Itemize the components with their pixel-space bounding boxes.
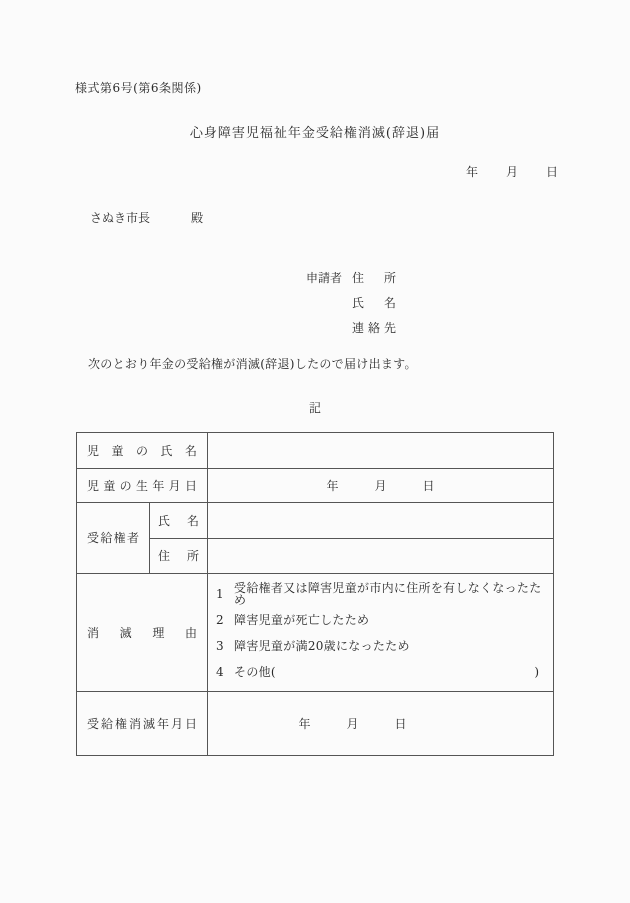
form-table: 児童の氏名 児童の生年月日 年 月 日 受給権者 氏名: [76, 432, 554, 756]
child-birthdate-label-cell: 児童の生年月日: [77, 469, 208, 503]
table-row: 受給権者 氏名: [77, 503, 554, 539]
recipient-label: 受給権者: [77, 532, 149, 544]
reason-list: 1 受給権者又は障害児童が市内に住所を有しなくなったため 2 障害児童が死亡した…: [208, 581, 553, 685]
child-birthdate-label: 児童の生年月日: [77, 480, 207, 492]
table-row: 消滅理由 1 受給権者又は障害児童が市内に住所を有しなくなったため 2 障害児童…: [77, 574, 554, 692]
extinction-date-label-cell: 受給権消滅年月日: [77, 692, 208, 756]
reason-label-cell: 消滅理由: [77, 574, 208, 692]
recipient-name-value-cell: [208, 503, 554, 539]
child-birthdate-date: 年 月 日: [208, 480, 553, 492]
table-row: 受給権消滅年月日 年 月 日: [77, 692, 554, 756]
recipient-name-label: 氏名: [150, 515, 207, 527]
document-page: 様式第6号(第6条関係) 心身障害児福祉年金受給権消滅(辞退)届 年 月 日 さ…: [0, 0, 630, 903]
extinction-date-label: 受給権消滅年月日: [77, 718, 207, 730]
child-name-label: 児童の氏名: [77, 445, 207, 457]
recipient-address-label-cell: 住所: [150, 539, 208, 574]
applicant-block: 申請者 住所 氏名 連絡先: [306, 272, 396, 347]
form-number: 様式第6号(第6条関係): [75, 82, 202, 94]
extinction-date: 年 月 日: [208, 718, 553, 730]
applicant-address-label: 住所: [352, 272, 396, 284]
header-date-month: 月: [506, 166, 518, 178]
addressee-name: さぬき市長: [90, 212, 150, 224]
page-title: 心身障害児福祉年金受給権消滅(辞退)届: [0, 127, 630, 140]
recipient-label-cell: 受給権者: [77, 503, 150, 574]
applicant-address-row: 申請者 住所: [306, 272, 396, 284]
reason-item-4-close-paren: ): [534, 666, 553, 678]
child-name-value-cell: [208, 433, 554, 469]
statement-text: 次のとおり年金の受給権が消滅(辞退)したので届け出ます。: [88, 358, 417, 370]
recipient-name-label-cell: 氏名: [150, 503, 208, 539]
addressee-line: さぬき市長 殿: [90, 212, 203, 224]
applicant-name-row: 氏名: [306, 297, 396, 309]
table-row: 児童の生年月日 年 月 日: [77, 469, 554, 503]
recipient-address-value-cell: [208, 539, 554, 574]
header-date-day: 日: [546, 166, 558, 178]
applicant-label: 申請者: [306, 272, 352, 284]
reason-item-4: 4 その他( ): [216, 659, 553, 685]
applicant-contact-label: 連絡先: [352, 322, 396, 334]
recipient-address-label: 住所: [150, 550, 207, 562]
applicant-contact-row: 連絡先: [306, 322, 396, 334]
header-date-year: 年: [466, 166, 478, 178]
reason-item-3: 3 障害児童が満20歳になったため: [216, 633, 553, 659]
reason-item-1: 1 受給権者又は障害児童が市内に住所を有しなくなったため: [216, 581, 553, 607]
header-date: 年 月 日: [466, 166, 558, 178]
table-row: 児童の氏名: [77, 433, 554, 469]
reason-item-2: 2 障害児童が死亡したため: [216, 607, 553, 633]
reason-value-cell: 1 受給権者又は障害児童が市内に住所を有しなくなったため 2 障害児童が死亡した…: [208, 574, 554, 692]
extinction-date-value-cell: 年 月 日: [208, 692, 554, 756]
reason-label: 消滅理由: [77, 627, 207, 639]
child-birthdate-value-cell: 年 月 日: [208, 469, 554, 503]
child-name-label-cell: 児童の氏名: [77, 433, 208, 469]
addressee-honorific: 殿: [191, 212, 203, 224]
ki-heading: 記: [0, 402, 630, 414]
applicant-name-label: 氏名: [352, 297, 396, 309]
